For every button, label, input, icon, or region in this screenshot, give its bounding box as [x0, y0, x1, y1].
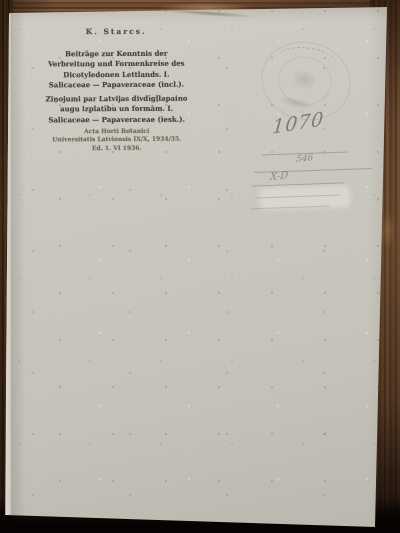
- german-title: Beiträge zur Kenntnis der Verbreitung un…: [10, 48, 222, 91]
- pencil-note: X-D: [270, 170, 289, 183]
- latvian-title-line: Salicaceae — Papaveraceae (iesk.).: [11, 114, 223, 126]
- photographed-book-cover: K. Starcs. Beiträge zur Kenntnis der Ver…: [0, 0, 400, 533]
- pencil-note: 546: [296, 153, 314, 165]
- imprint: Acta Horti Botanici Universitatis Latvie…: [11, 127, 223, 153]
- latvian-title: Ziņojumi par Latvijas divdīgļlapaino aug…: [10, 93, 222, 125]
- imprint-line: Ed. 1. VI 1936.: [11, 144, 223, 154]
- german-title-line: Salicaceae — Papaveraceae (incl.).: [10, 80, 222, 92]
- author-name: K. Starcs.: [10, 26, 222, 36]
- document-page: K. Starcs. Beiträge zur Kenntnis der Ver…: [0, 0, 400, 533]
